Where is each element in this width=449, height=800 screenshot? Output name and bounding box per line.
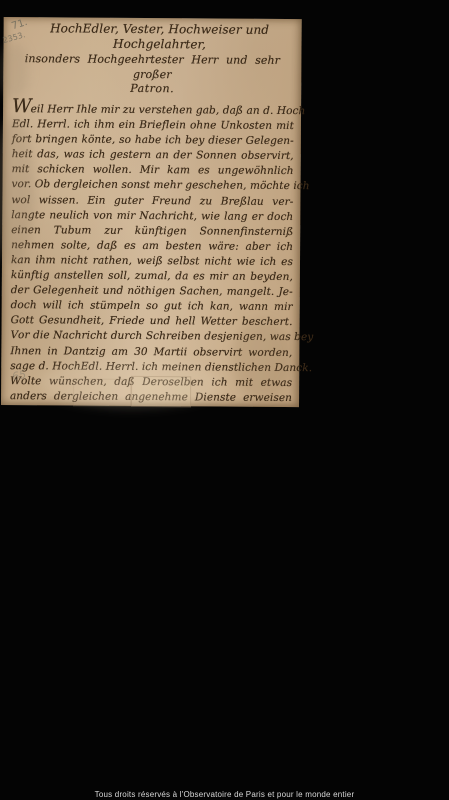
copyright-caption: Tous droits réservés à l'Observatoire de… — [0, 790, 449, 799]
salutation-line-2: insonders Hochgeehrtester Herr und sehr … — [3, 51, 301, 83]
letter-body-line: langte neulich von mir Nachricht, wie la… — [11, 208, 293, 225]
salutation-line-3: Patron. — [3, 81, 301, 96]
letter-body-line: Weil Herr Ihle mir zu verstehen gab, daß… — [12, 99, 294, 119]
letter-body-line: einen Tubum zur künftigen Sonnenfinstern… — [11, 223, 293, 240]
letter-body-line: sage d. HochEdl. Herrl. ich meinen diens… — [10, 359, 292, 376]
letter-body-line: Vor die Nachricht durch Schreiben desjen… — [10, 328, 292, 345]
letter-paper: 71. 2353. 65 HochEdler, Vester, Hochweis… — [1, 17, 302, 407]
manuscript-photo: 71. 2353. 65 HochEdler, Vester, Hochweis… — [0, 0, 449, 800]
letter-body-line: Wolte wünschen, daß Deroselben ich mit e… — [10, 374, 292, 391]
letter-body-line: Ihnen in Dantzig am 30 Martii observirt … — [10, 344, 292, 361]
letter-salutation: HochEdler, Vester, Hochweiser und Hochge… — [3, 17, 302, 96]
letter-body-line: wol wissen. Ein guter Freund zu Breßlau … — [11, 193, 293, 210]
letter-body-line: vor. Ob dergleichen sonst mehr geschehen… — [11, 178, 293, 195]
letter-body: Weil Herr Ihle mir zu verstehen gab, daß… — [1, 99, 301, 406]
salutation-line-1: HochEdler, Vester, Hochweiser und Hochge… — [3, 21, 301, 53]
letter-body-line: anders dergleichen angenehme Dienste erw… — [10, 389, 292, 406]
